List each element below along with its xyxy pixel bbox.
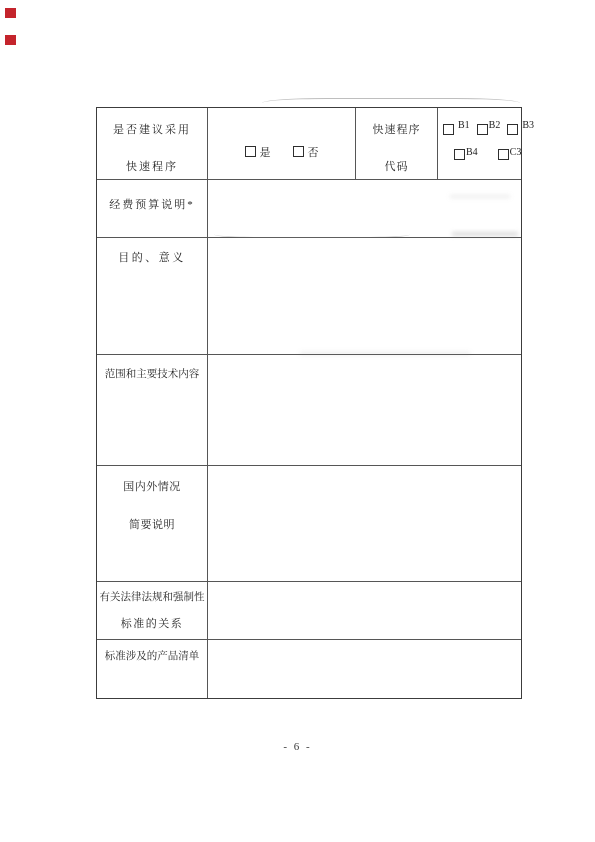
fast-track-yes-no-cell: 是 否 xyxy=(208,108,356,179)
budget-content-cell xyxy=(208,180,521,237)
code-option-b3: B3 xyxy=(507,121,534,137)
domestic-overview-label-line1: 国内外情况 xyxy=(123,479,181,495)
b3-label: B3 xyxy=(522,118,534,134)
yes-label: 是 xyxy=(260,144,271,160)
b1-label: B1 xyxy=(458,118,470,134)
b4-checkbox[interactable] xyxy=(454,149,465,160)
red-annotation-mark xyxy=(5,35,16,45)
proposal-form-table: 是否建议采用 快速程序 是 否 快速程序 代码 B1 xyxy=(96,107,522,699)
laws-relation-label-line2: 标准的关系 xyxy=(121,616,184,632)
no-label: 否 xyxy=(308,144,319,160)
purpose-label-cell: 目的、意义 xyxy=(97,238,208,354)
c3-checkbox[interactable] xyxy=(498,149,509,160)
no-option: 否 xyxy=(293,124,319,179)
fast-track-label-line1: 是否建议采用 xyxy=(113,122,191,138)
b2-label: B2 xyxy=(489,118,501,134)
b1-checkbox[interactable] xyxy=(443,124,454,135)
code-option-b2: B2 xyxy=(477,121,501,137)
b2-checkbox[interactable] xyxy=(477,124,488,135)
code-label-line2: 代码 xyxy=(385,159,409,175)
c3-label: C3 xyxy=(510,145,522,161)
product-list-content-cell xyxy=(208,640,521,698)
table-row-product-list: 标准涉及的产品清单 xyxy=(97,640,521,698)
no-checkbox[interactable] xyxy=(293,146,304,157)
code-option-c3: C3 xyxy=(498,146,522,162)
fast-track-code-label-cell: 快速程序 代码 xyxy=(356,108,438,179)
code-options-line1: B1 B2 B3 xyxy=(443,121,534,137)
laws-relation-content-cell xyxy=(208,582,521,639)
purpose-content-cell xyxy=(208,238,521,354)
fast-track-code-options-cell: B1 B2 B3 B4 C3 xyxy=(438,108,536,179)
code-label-line1: 快速程序 xyxy=(373,122,421,138)
fast-track-label-line2: 快速程序 xyxy=(126,159,178,175)
budget-label-cell: 经费预算说明* xyxy=(97,180,208,237)
product-list-label: 标准涉及的产品清单 xyxy=(105,649,200,665)
table-row-fast-track: 是否建议采用 快速程序 是 否 快速程序 代码 B1 xyxy=(97,108,521,180)
table-row-purpose: 目的、意义 xyxy=(97,238,521,355)
table-row-budget: 经费预算说明* xyxy=(97,180,521,238)
product-list-label-cell: 标准涉及的产品清单 xyxy=(97,640,208,698)
table-row-laws-relation: 有关法律法规和强制性 标准的关系 xyxy=(97,582,521,640)
purpose-label: 目的、意义 xyxy=(118,250,186,266)
b3-checkbox[interactable] xyxy=(507,124,518,135)
yes-checkbox[interactable] xyxy=(245,146,256,157)
domestic-overview-content-cell xyxy=(208,466,521,581)
b4-label: B4 xyxy=(466,145,478,161)
domestic-overview-label-cell: 国内外情况 简要说明 xyxy=(97,466,208,581)
code-options-line2: B4 C3 xyxy=(454,146,534,162)
yes-option: 是 xyxy=(245,124,271,179)
budget-label: 经费预算说明* xyxy=(109,197,195,213)
page-number: - 6 - xyxy=(0,741,595,753)
code-option-b4: B4 xyxy=(454,146,478,162)
scope-label: 范围和主要技术内容 xyxy=(105,367,200,383)
domestic-overview-label-line2: 简要说明 xyxy=(129,517,175,533)
table-row-domestic-overview: 国内外情况 简要说明 xyxy=(97,466,521,582)
scope-content-cell xyxy=(208,355,521,465)
fast-track-label-cell: 是否建议采用 快速程序 xyxy=(97,108,208,179)
laws-relation-label-line1: 有关法律法规和强制性 xyxy=(100,590,205,606)
table-row-scope: 范围和主要技术内容 xyxy=(97,355,521,466)
red-annotation-mark xyxy=(5,8,16,18)
laws-relation-label-cell: 有关法律法规和强制性 标准的关系 xyxy=(97,582,208,639)
scope-label-cell: 范围和主要技术内容 xyxy=(97,355,208,465)
code-option-b1: B1 xyxy=(443,121,470,137)
